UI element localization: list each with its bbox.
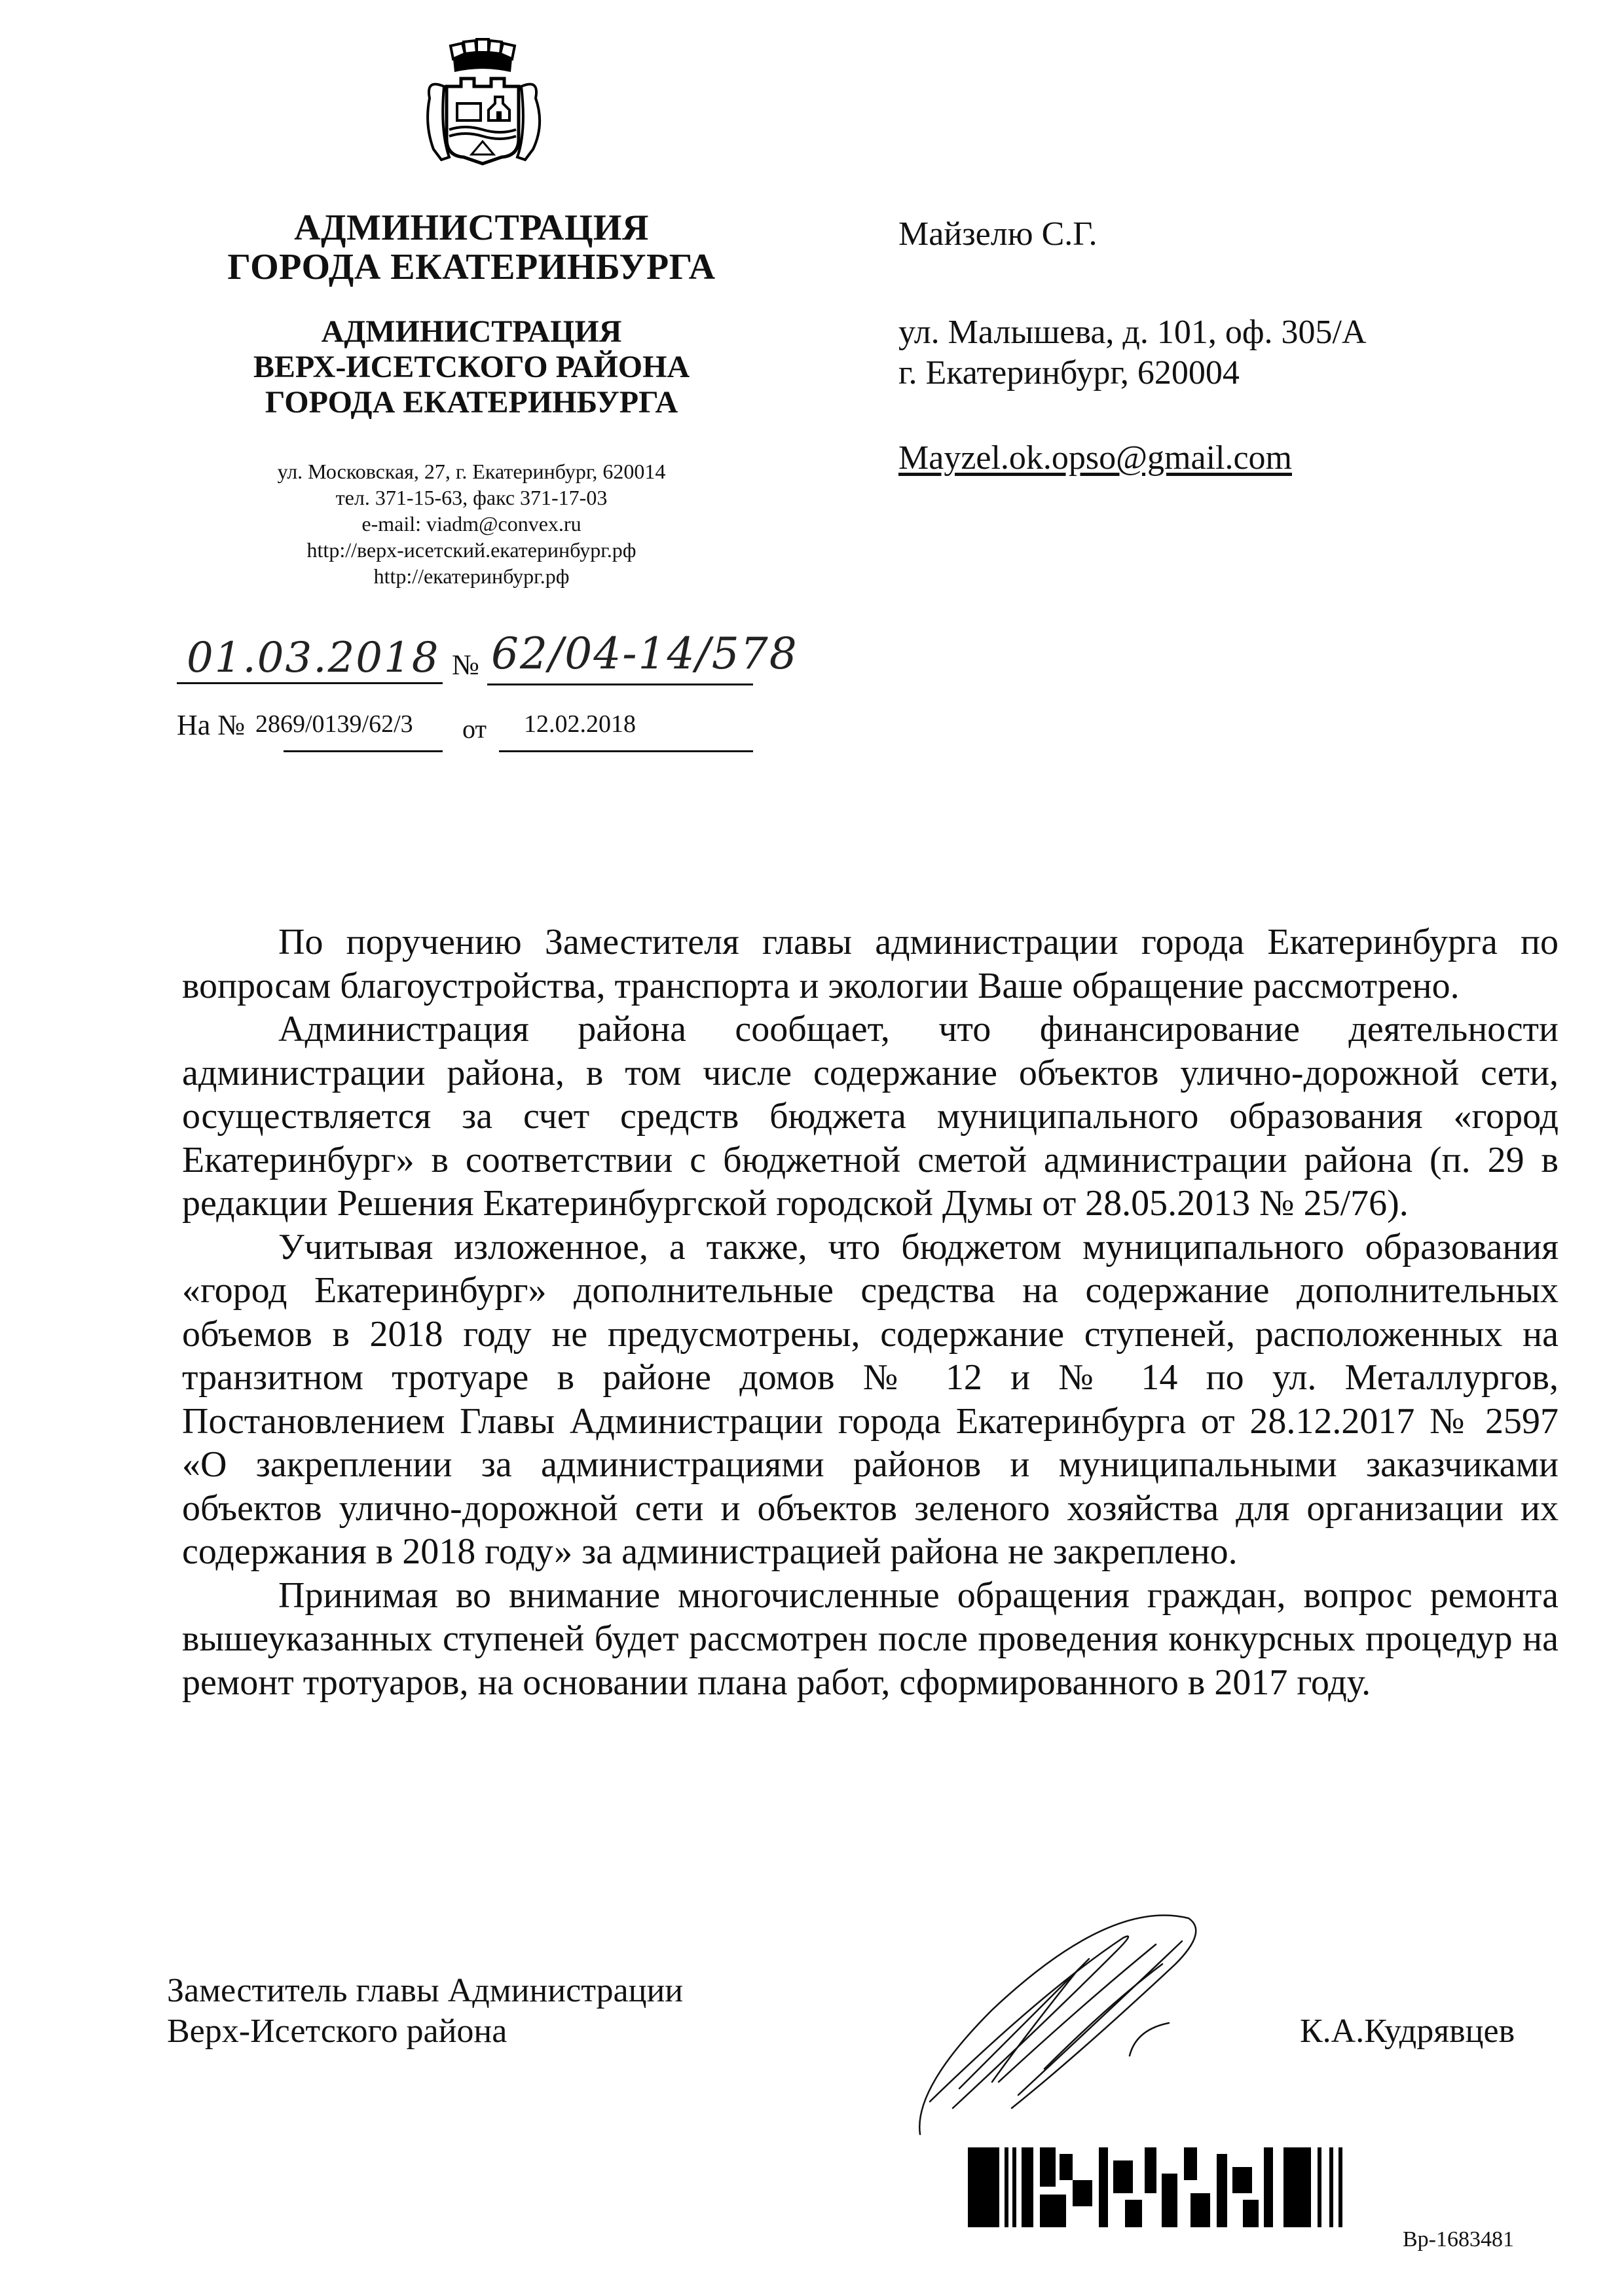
outgoing-date-handwritten: 01.03.2018 xyxy=(187,634,439,682)
handwritten-signature-icon xyxy=(913,1892,1280,2154)
contact-website-city: http://екатеринбург.рф xyxy=(157,563,786,589)
contact-website-district: http://верх-исетский.екатеринбург.рф xyxy=(157,537,786,563)
district-administration-heading: АДМИНИСТРАЦИЯ ВЕРХ-ИСЕТСКОГО РАЙОНА ГОРО… xyxy=(157,314,786,420)
heading-line: ГОРОДА ЕКАТЕРИНБУРГА xyxy=(157,385,786,420)
contact-address: ул. Московская, 27, г. Екатеринбург, 620… xyxy=(157,458,786,484)
reply-number-label: На № xyxy=(177,708,245,742)
reply-number-underline xyxy=(284,750,443,752)
addressee-street: ул. Малышева, д. 101, оф. 305/А xyxy=(898,313,1367,352)
document-code: Вр-1683481 xyxy=(1403,2227,1514,2252)
reply-from-label: от xyxy=(462,714,487,744)
body-paragraph: Принимая во внимание многочисленные обра… xyxy=(182,1574,1559,1705)
signatory-title-line: Верх-Исетского района xyxy=(167,2011,683,2052)
signatory-name: К.А.Кудрявцев xyxy=(1300,2011,1515,2052)
contact-phone: тел. 371-15-63, факс 371-17-03 xyxy=(157,484,786,511)
signatory-title-line: Заместитель главы Администрации xyxy=(167,1971,683,2011)
outgoing-number-handwritten: 62/04-14/578 xyxy=(491,629,798,679)
date-underline xyxy=(177,682,443,684)
heading-line: АДМИНИСТРАЦИЯ xyxy=(157,208,786,247)
reply-date: 12.02.2018 xyxy=(524,710,636,738)
addressee-name: Майзелю С.Г. xyxy=(898,215,1097,254)
addressee-city: г. Екатеринбург, 620004 xyxy=(898,354,1240,393)
city-administration-heading: АДМИНИСТРАЦИЯ ГОРОДА ЕКАТЕРИНБУРГА xyxy=(157,208,786,287)
letterhead-contacts: ул. Московская, 27, г. Екатеринбург, 620… xyxy=(157,458,786,589)
body-paragraph: Администрация района сообщает, что финан… xyxy=(182,1008,1559,1226)
heading-line: ВЕРХ-ИСЕТСКОГО РАЙОНА xyxy=(157,350,786,385)
body-paragraph: По поручению Заместителя главы администр… xyxy=(182,920,1559,1008)
heading-line: АДМИНИСТРАЦИЯ xyxy=(157,314,786,350)
contact-email: e-mail: viadm@convex.ru xyxy=(157,511,786,537)
coat-of-arms-icon xyxy=(399,26,563,170)
pdf417-barcode-icon xyxy=(968,2147,1393,2227)
body-paragraph: Учитывая изложенное, а также, что бюджет… xyxy=(182,1226,1559,1574)
letter-body: По поручению Заместителя главы администр… xyxy=(182,920,1559,1704)
number-underline xyxy=(487,683,753,685)
reply-date-underline xyxy=(499,750,753,752)
reply-number: 2869/0139/62/3 xyxy=(255,710,413,738)
number-label: № xyxy=(452,648,479,682)
heading-line: ГОРОДА ЕКАТЕРИНБУРГА xyxy=(157,247,786,287)
signatory-title: Заместитель главы Администрации Верх-Исе… xyxy=(167,1971,683,2052)
addressee-email: Mayzel.ok.opso@gmail.com xyxy=(898,439,1292,478)
